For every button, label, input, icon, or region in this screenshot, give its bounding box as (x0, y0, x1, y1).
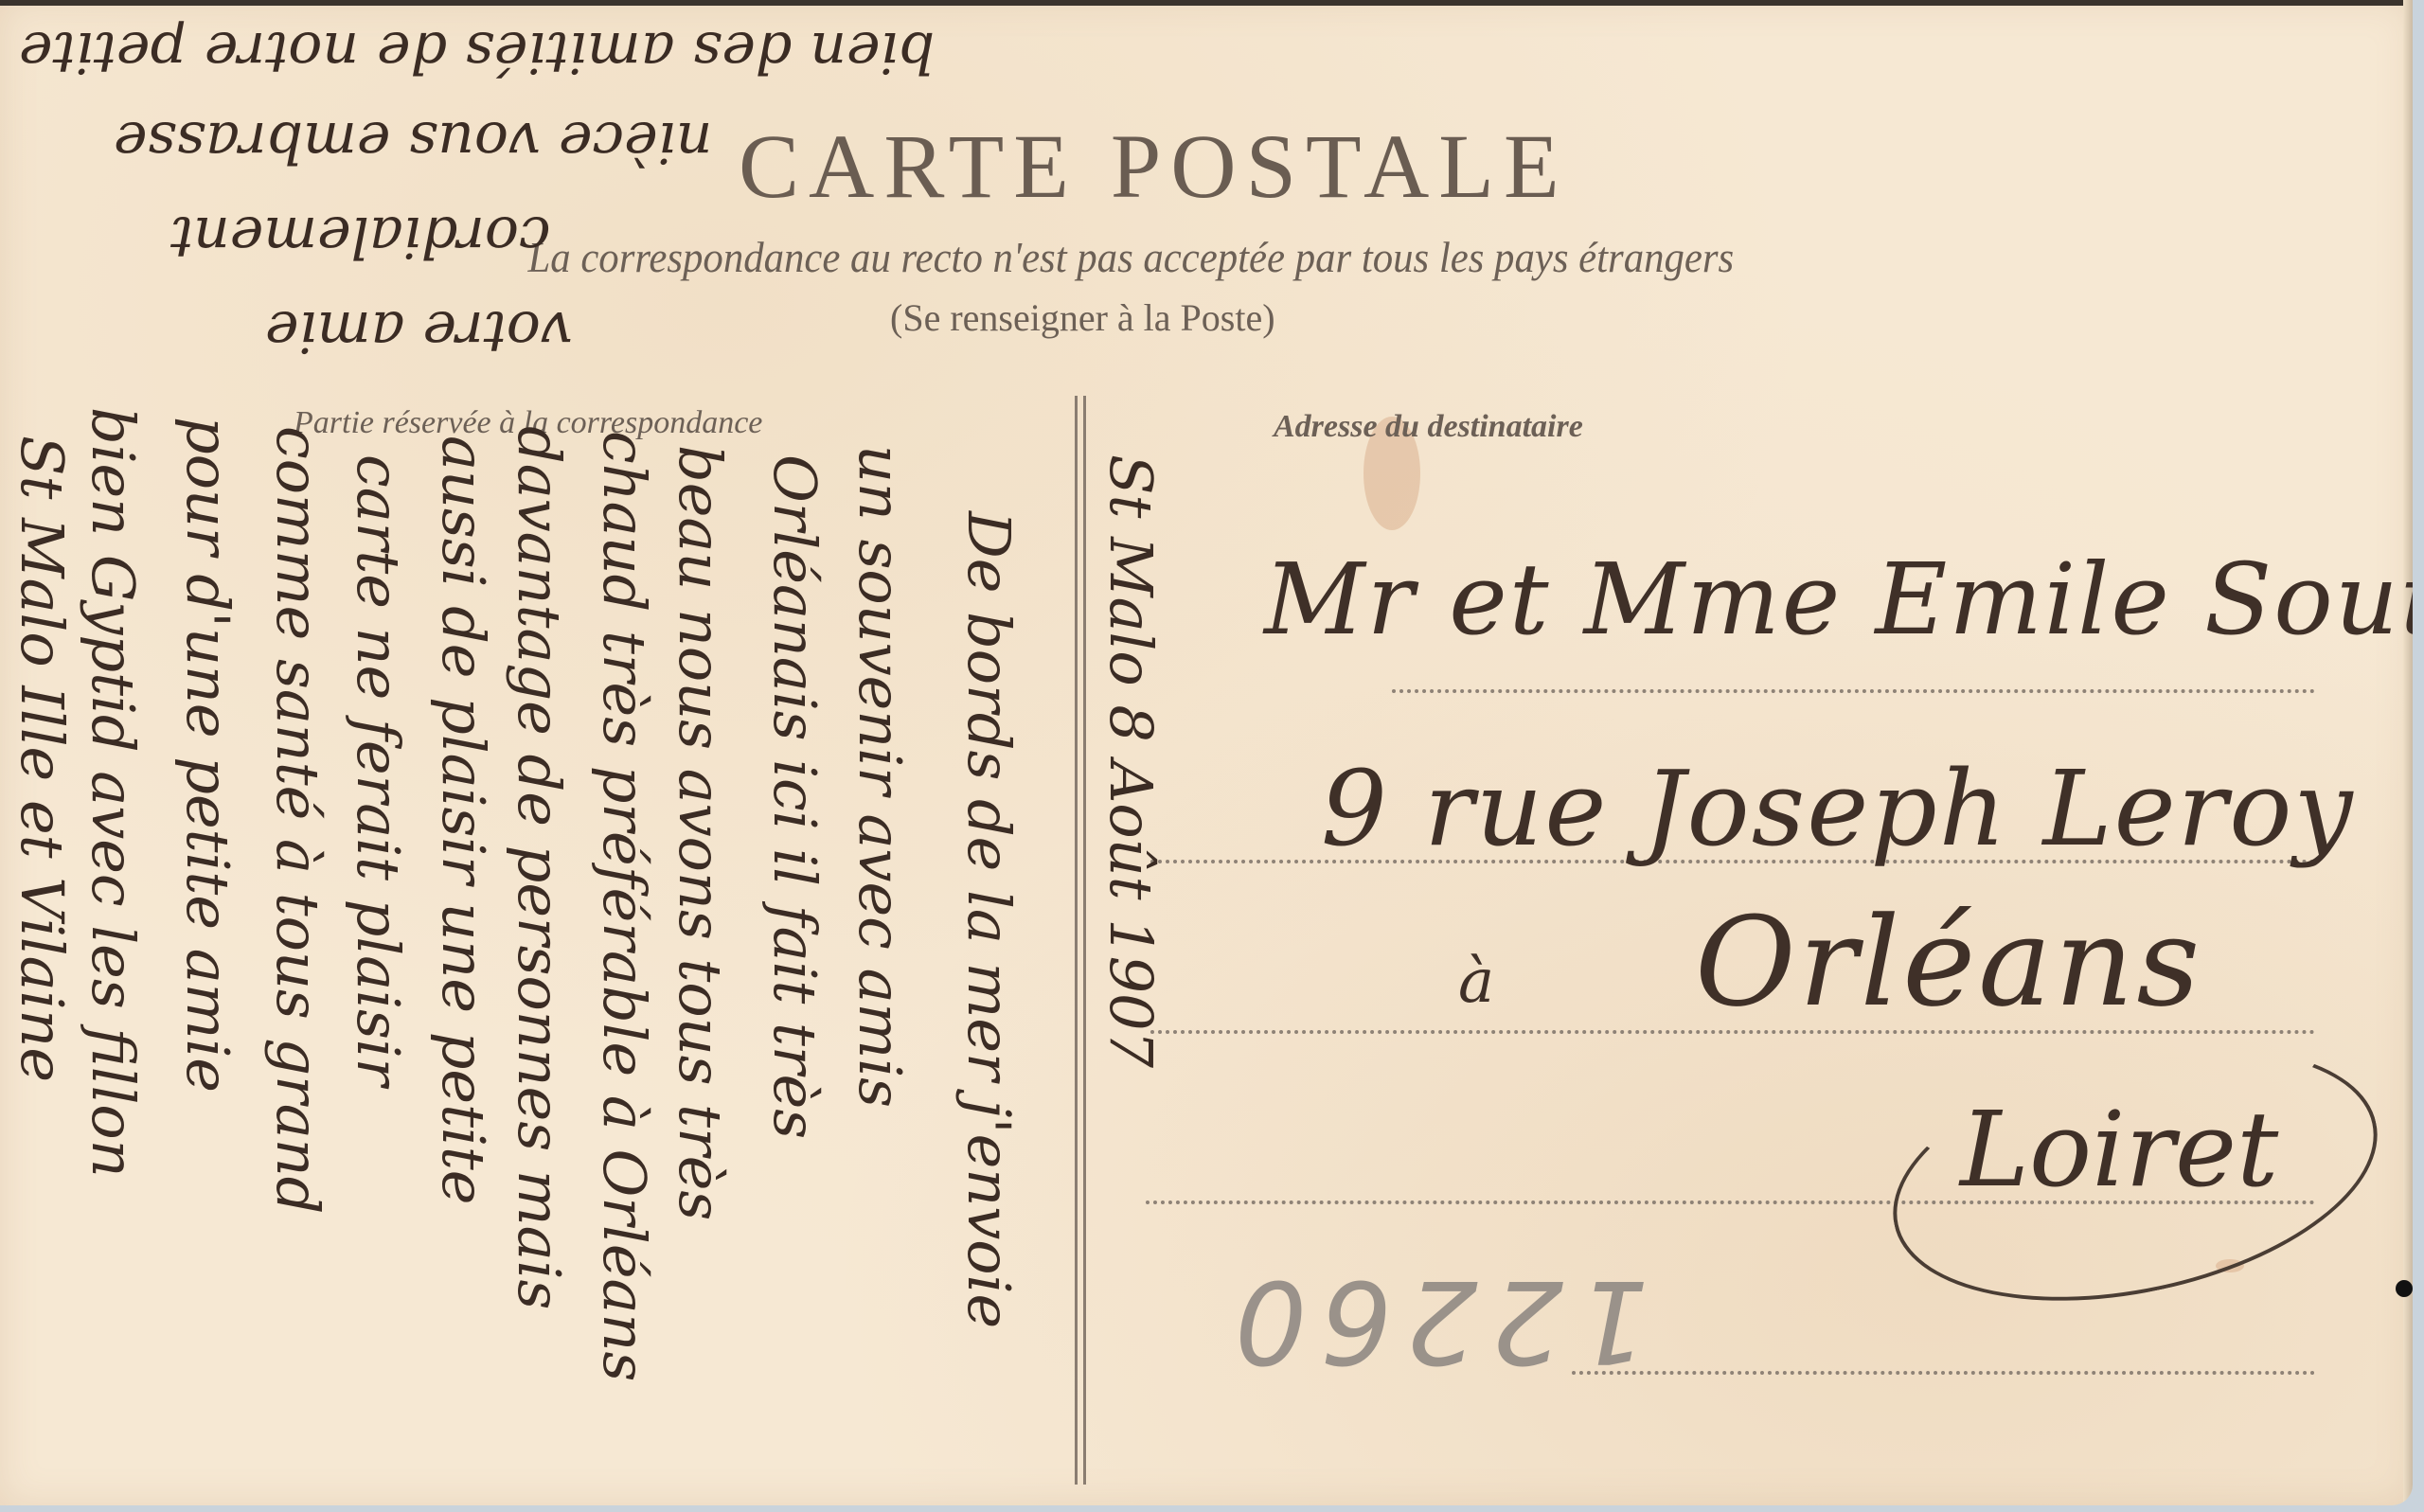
message-line: chaud très préférable à Orléans (595, 431, 653, 1381)
message-line: Orléanais ici il fait très (765, 454, 824, 1139)
ink-dot (2396, 1280, 2413, 1297)
recipient-department: Loiret (1960, 1089, 2278, 1210)
recipient-street: 9 rue Joseph Leroy (1321, 748, 2355, 869)
postcard-title: CARTE POSTALE (739, 114, 1569, 219)
crossed-message-line: nièce vous embrasse (114, 109, 712, 175)
address-line-1 (1392, 689, 2315, 693)
message-line: beau nous avons tous très (670, 445, 729, 1220)
message-line: davantage de personnes mais (509, 426, 568, 1309)
crossed-message-line: cordialement (170, 204, 551, 270)
pencil-inventory-number: 12260 (1221, 1254, 1649, 1386)
crossed-message-line: votre amie (265, 298, 573, 365)
recipient-city: Orléans (1695, 890, 2202, 1034)
recipient-name: Mr et Mme Emile Soutas (1264, 542, 2413, 657)
card-top-edge (0, 0, 2413, 6)
message-line: De bords de la mer j'envoie (959, 511, 1018, 1328)
message-line: un souvenir avec amis (850, 445, 909, 1108)
message-line: pour d'une petite amie (178, 417, 237, 1093)
post-office-notice: (Se renseigner à la Poste) (890, 295, 1275, 340)
postcard-back: CARTE POSTALE La correspondance au recto… (0, 0, 2413, 1505)
crossed-message-line: bien des amitiés de notre petite (19, 19, 935, 85)
message-line: comme santé à tous grand (268, 426, 327, 1214)
address-line-5 (1572, 1371, 2315, 1375)
recipient-address-label: Adresse du destinataire (1274, 409, 1583, 445)
message-line: bien Gyptid avec les fillon (83, 407, 142, 1178)
message-line: St Malo 8 Août 1907 (1101, 454, 1160, 1068)
message-line: St Malo Ille et Vilaine (12, 436, 71, 1082)
section-divider (1075, 396, 1086, 1485)
message-line: aussi de plaisir une petite (434, 436, 492, 1204)
recipient-preposition: à (1458, 947, 1494, 1017)
message-line: carte ne ferait plaisir (348, 454, 407, 1086)
